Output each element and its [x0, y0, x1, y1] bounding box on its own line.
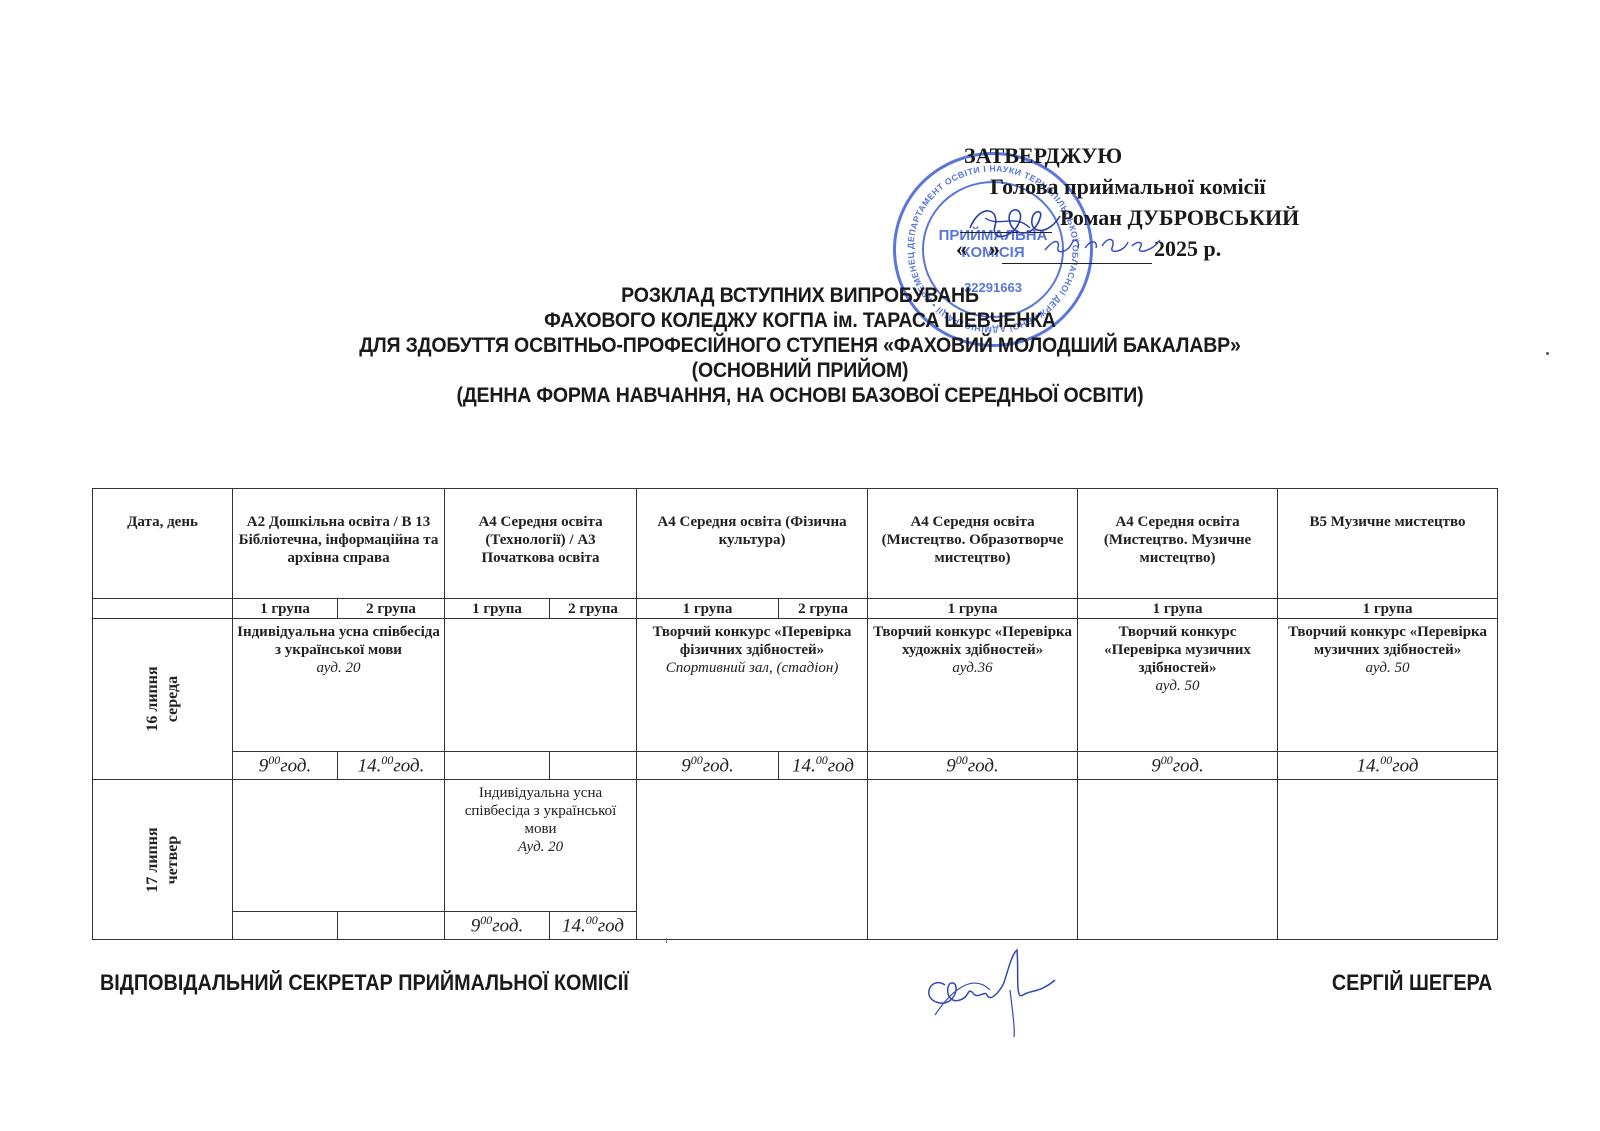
day-text: четвер: [163, 827, 183, 892]
time-hour: 14.: [1357, 756, 1381, 777]
time-minutes: 00: [956, 753, 968, 767]
time-hour: 9: [946, 756, 956, 777]
time-cell: [338, 912, 445, 940]
time-cell: 14.00год.: [338, 752, 445, 780]
time-unit: год.: [703, 756, 734, 777]
time-minutes: 00: [480, 913, 492, 927]
times-row: 900год.14.00год.900год.14.00год900год.90…: [93, 752, 1498, 780]
table-header-row: Дата, день А2 Дошкільна освіта / В 13 Бі…: [93, 489, 1498, 599]
time-hour: 14.: [792, 756, 816, 777]
time-minutes: 00: [1380, 753, 1392, 767]
time-hour: 9: [1151, 756, 1161, 777]
time-minutes: 00: [586, 913, 598, 927]
secretary-position: ВІДПОВІДАЛЬНИЙ СЕКРЕТАР ПРИЙМАЛЬНОЇ КОМІ…: [100, 970, 629, 996]
title-line-3: ДЛЯ ЗДОБУТТЯ ОСВІТНЬО-ПРОФЕСІЙНОГО СТУПЕ…: [196, 333, 1405, 358]
approval-heading: ЗАТВЕРДЖУЮ: [964, 140, 1122, 171]
time-unit: год: [828, 756, 854, 777]
date-cell: 16 липня середа: [93, 619, 233, 780]
time-cell: 14.00год: [550, 912, 637, 940]
exam-title: Творчий конкурс «Перевірка фізичних здіб…: [640, 623, 864, 659]
time-unit: год: [1392, 756, 1418, 777]
time-unit: год.: [280, 756, 311, 777]
exam-cell-empty: [445, 619, 637, 752]
header-preschool: А2 Дошкільна освіта / В 13 Бібліотечна, …: [233, 489, 445, 599]
schedule-table: Дата, день А2 Дошкільна освіта / В 13 Бі…: [92, 488, 1498, 940]
exam-cell-empty: [637, 780, 868, 940]
exam-cell: Індивідуальна усна співбесіда з українсь…: [445, 780, 637, 912]
title-line-5: (ДЕННА ФОРМА НАВЧАННЯ, НА ОСНОВІ БАЗОВОЇ…: [196, 383, 1405, 408]
scan-speck: [1546, 352, 1549, 355]
time-unit: год: [598, 916, 624, 937]
group-cell: 1 група: [868, 599, 1078, 619]
time-hour: 9: [471, 916, 481, 937]
exam-room: Ауд. 20: [448, 838, 633, 856]
time-unit: год.: [968, 756, 999, 777]
secretary-signature-icon: [915, 945, 1065, 1040]
scan-mark: [666, 938, 667, 943]
time-cell: 900год.: [637, 752, 779, 780]
time-minutes: 00: [816, 753, 828, 767]
exam-cell-empty: [233, 780, 445, 912]
time-minutes: 00: [1161, 753, 1173, 767]
header-music-ed: А4 Середня освіта (Мистецтво. Музичне ми…: [1078, 489, 1278, 599]
table-row: 17 липня четвер Індивідуальна усна співб…: [93, 780, 1498, 912]
time-cell: 900год.: [233, 752, 338, 780]
group-cell: 1 група: [445, 599, 550, 619]
handwritten-date-icon: [1040, 228, 1170, 258]
secretary-name: СЕРГІЙ ШЕГЕРА: [1332, 970, 1492, 996]
time-cell: 900год.: [1078, 752, 1278, 780]
exam-room: ауд.36: [871, 659, 1074, 677]
time-unit: год.: [393, 756, 424, 777]
time-hour: 9: [259, 756, 269, 777]
time-hour: 14.: [358, 756, 382, 777]
header-date: Дата, день: [93, 489, 233, 599]
exam-cell: Творчий конкурс «Перевірка музичних здіб…: [1278, 619, 1498, 752]
group-cell: 1 група: [1278, 599, 1498, 619]
header-physical: А4 Середня освіта (Фізична культура): [637, 489, 868, 599]
table-groups-row: 1 група 2 група 1 група 2 група 1 група …: [93, 599, 1498, 619]
date-label: 16 липня середа: [143, 666, 183, 731]
time-cell: 900год.: [445, 912, 550, 940]
time-minutes: 00: [691, 753, 703, 767]
time-cell: 900год.: [868, 752, 1078, 780]
time-unit: год.: [492, 916, 523, 937]
exam-cell: Індивідуальна усна співбесіда з українсь…: [233, 619, 445, 752]
exam-cell: Творчий конкурс «Перевірка художніх здіб…: [868, 619, 1078, 752]
day-text: середа: [163, 666, 183, 731]
time-minutes: 00: [268, 753, 280, 767]
header-fine-art: А4 Середня освіта (Мистецтво. Образотвор…: [868, 489, 1078, 599]
title-line-1: РОЗКЛАД ВСТУПНИХ ВИПРОБУВАНЬ: [196, 283, 1405, 308]
title-line-4: (ОСНОВНИЙ ПРИЙОМ): [196, 358, 1405, 383]
header-music-art: В5 Музичне мистецтво: [1278, 489, 1498, 599]
exam-title: Творчий конкурс «Перевірка музичних здіб…: [1281, 623, 1494, 659]
exam-title: Індивідуальна усна співбесіда з українсь…: [236, 623, 441, 659]
exam-cell-empty: [1078, 780, 1278, 940]
exam-title: Творчий конкурс «Перевірка музичних здіб…: [1100, 623, 1255, 677]
exam-cell: Творчий конкурс «Перевірка фізичних здіб…: [637, 619, 868, 752]
title-line-2: ФАХОВОГО КОЛЕДЖУ КОГПА ім. ТАРАСА ШЕВЧЕН…: [196, 308, 1405, 333]
group-cell: 1 група: [637, 599, 779, 619]
group-cell: 2 група: [550, 599, 637, 619]
time-cell: 14.00год: [1278, 752, 1498, 780]
exam-room: ауд. 20: [236, 659, 441, 677]
time-cell: [233, 912, 338, 940]
header-technology: А4 Середня освіта (Технології) / А3 Поча…: [445, 489, 637, 599]
time-hour: 9: [681, 756, 691, 777]
date-text: 16 липня: [143, 666, 163, 731]
group-cell: 1 група: [233, 599, 338, 619]
exam-room: ауд. 50: [1100, 677, 1255, 695]
exam-room: Спортивний зал, (стадіон): [640, 659, 864, 677]
exam-title: Індивідуальна усна співбесіда з українсь…: [448, 784, 633, 838]
time-hour: 14.: [562, 916, 586, 937]
exam-room: ауд. 50: [1281, 659, 1494, 677]
document-title: РОЗКЛАД ВСТУПНИХ ВИПРОБУВАНЬ ФАХОВОГО КО…: [196, 283, 1405, 408]
group-empty: [93, 599, 233, 619]
exam-cell-empty: [868, 780, 1078, 940]
exam-cell: Творчий конкурс «Перевірка музичних здіб…: [1078, 619, 1278, 752]
table-row: 16 липня середа Індивідуальна усна співб…: [93, 619, 1498, 752]
date-text: 17 липня: [143, 827, 163, 892]
time-cell: [550, 752, 637, 780]
exam-title: Творчий конкурс «Перевірка художніх здіб…: [871, 623, 1074, 659]
group-cell: 1 група: [1078, 599, 1278, 619]
date-label: 17 липня четвер: [143, 827, 183, 892]
group-cell: 2 група: [338, 599, 445, 619]
date-cell: 17 липня четвер: [93, 780, 233, 940]
time-minutes: 00: [381, 753, 393, 767]
approval-name: Роман ДУБРОВСЬКИЙ: [1060, 205, 1299, 230]
exam-cell-empty: [1278, 780, 1498, 940]
group-cell: 2 група: [779, 599, 868, 619]
time-unit: год.: [1173, 756, 1204, 777]
time-cell: [445, 752, 550, 780]
time-cell: 14.00год: [779, 752, 868, 780]
